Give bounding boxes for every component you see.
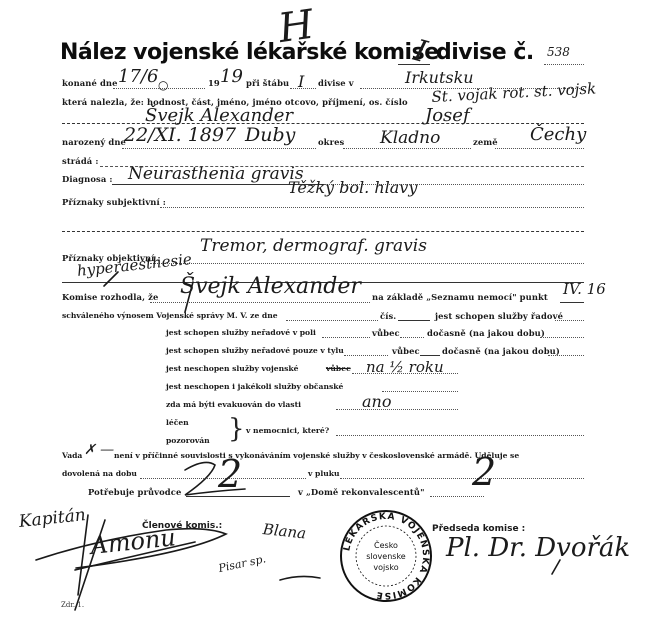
handwriting-strokes [0,0,659,626]
